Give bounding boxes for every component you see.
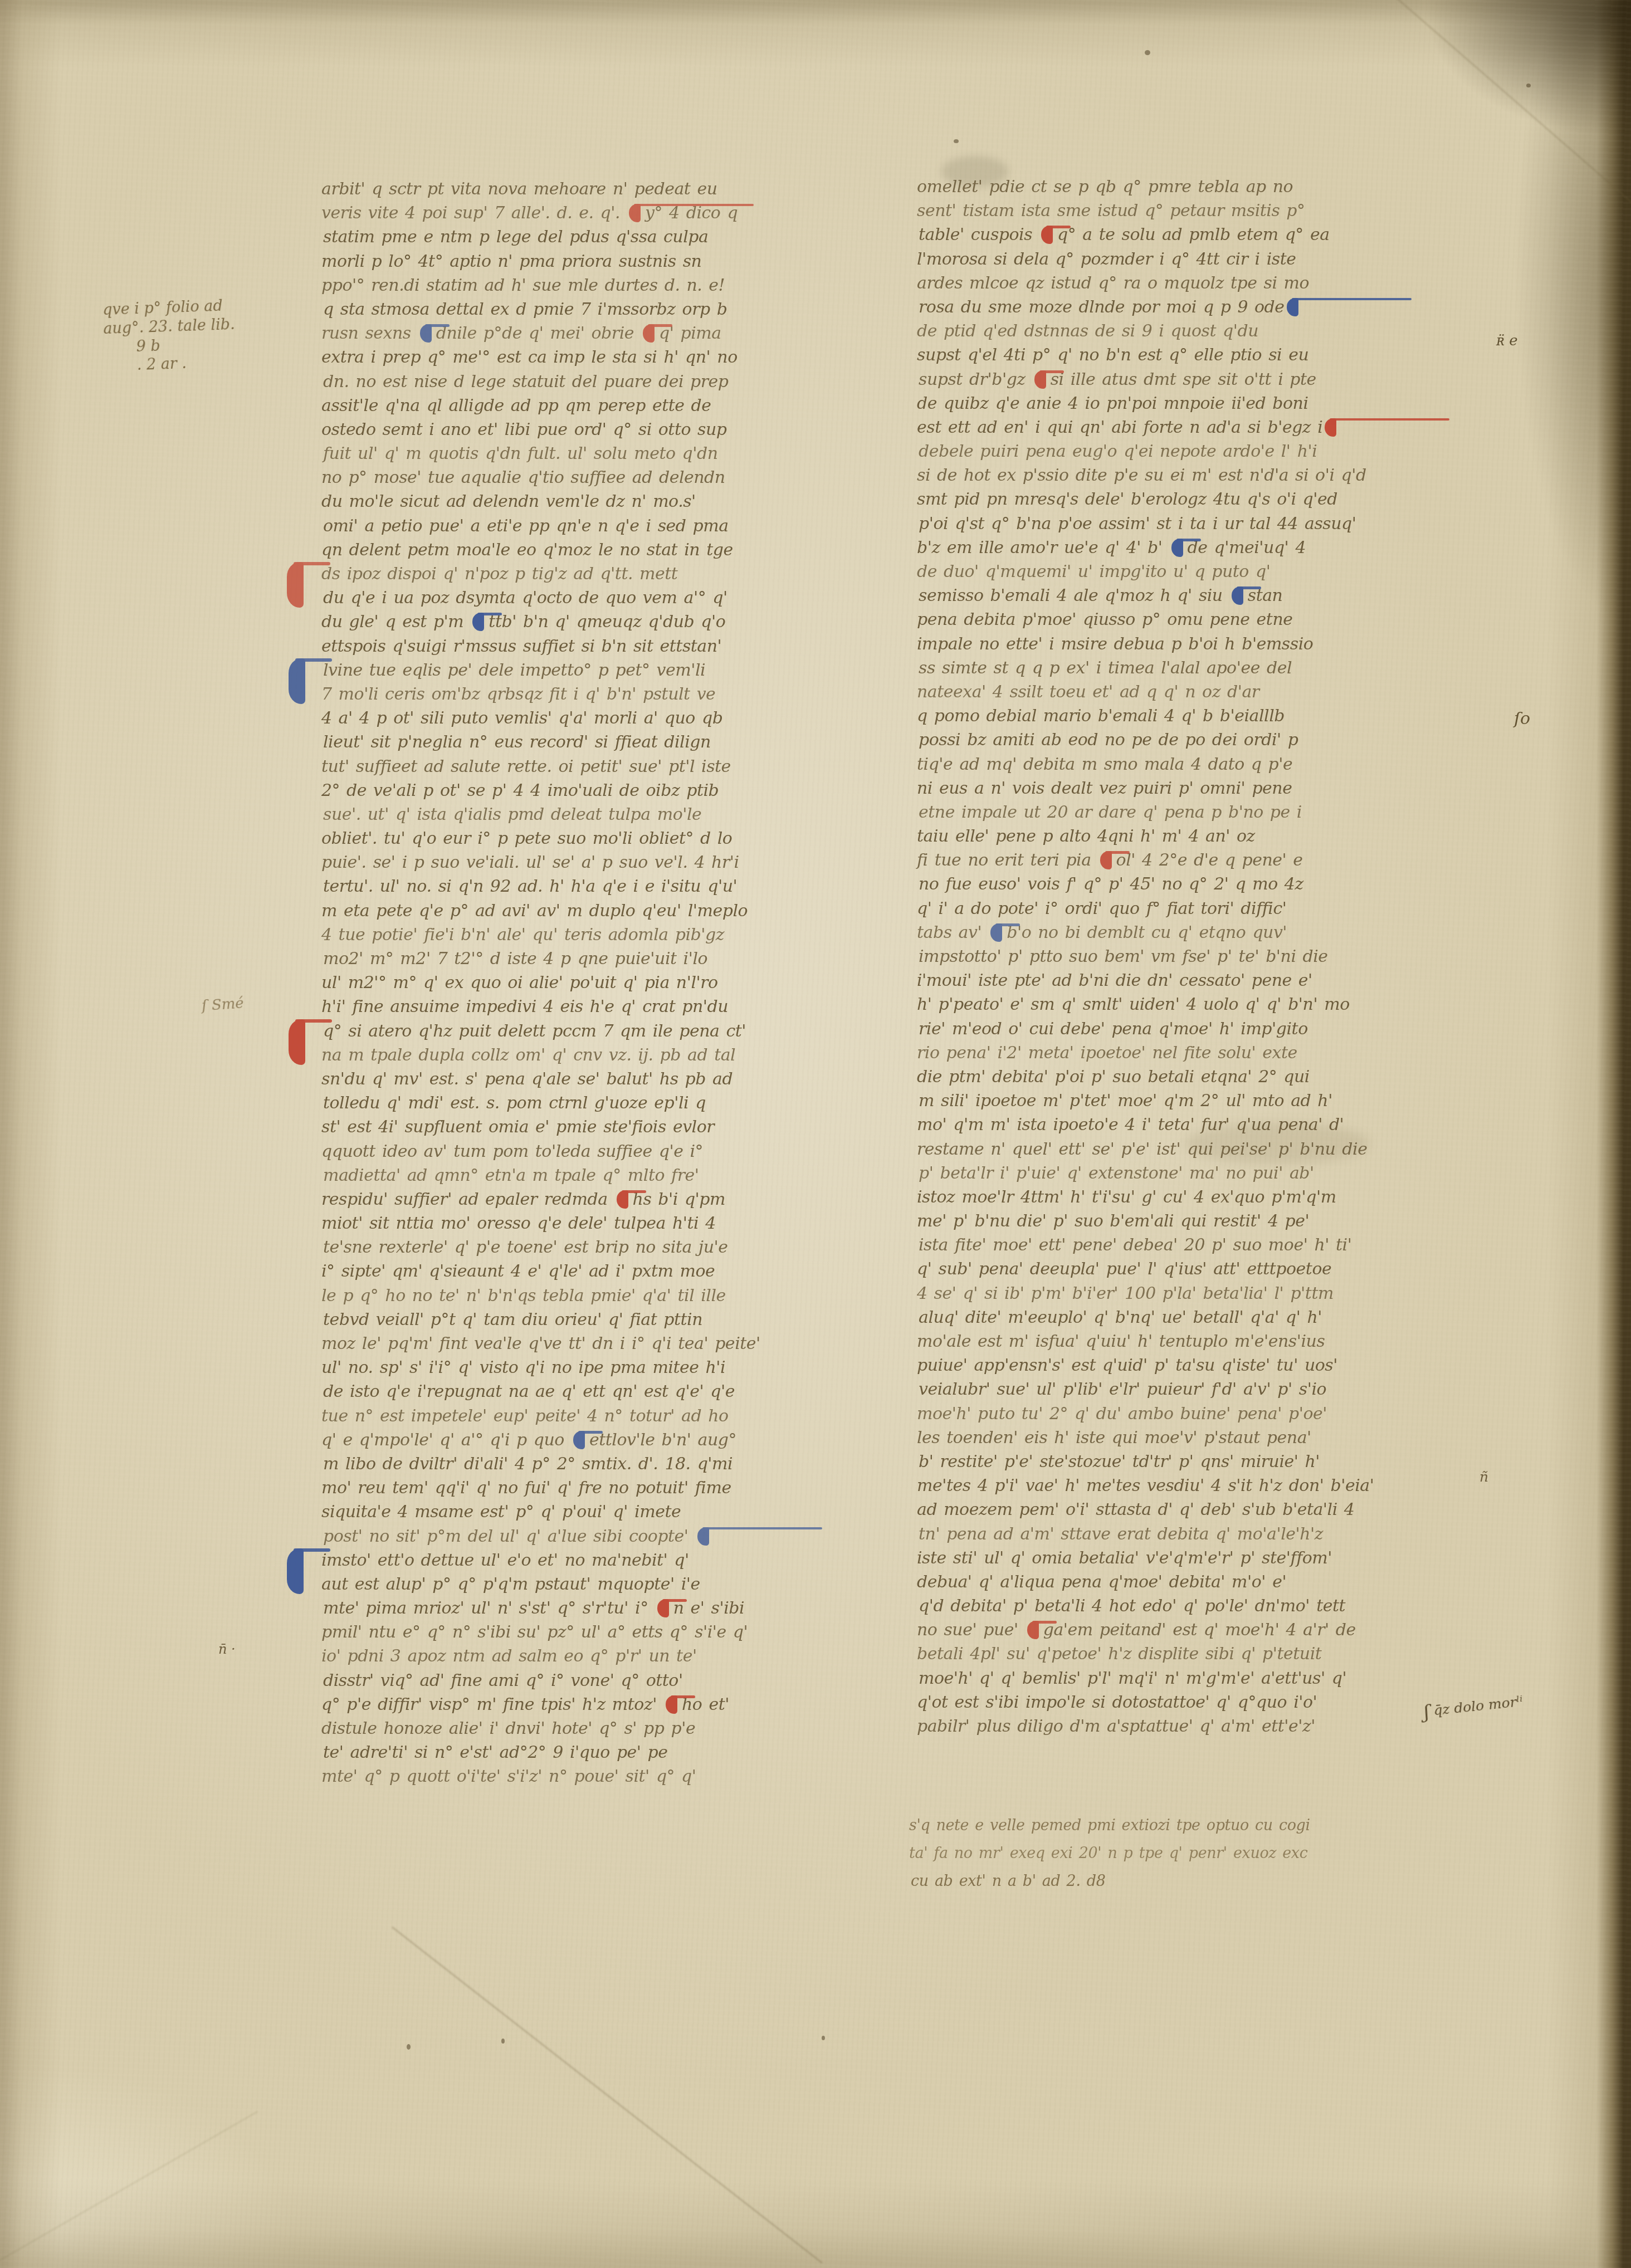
manuscript-line: veialubr' sue' ul' p'lib' e'lr' puieur' … (919, 1380, 1477, 1404)
line-text: moz le' pq'm' fint vea'le q've tt' dn i … (321, 1334, 760, 1353)
line-text: no p° mose' tue aqualie q'tio suffiee ad… (321, 468, 725, 487)
line-text: les toenden' eis h' iste qui moe'v' p'st… (917, 1428, 1311, 1448)
line-text: b'o no bi demblt cu q' etqno quv' (1007, 923, 1287, 942)
line-text: cu ab ext' n a b' ad 2. d8 (911, 1873, 1105, 1890)
ink-speck (1526, 84, 1531, 87)
line-text: smt pid pn mresq's dele' b'erologz 4tu q… (917, 490, 1337, 509)
margin-note-left-low: n̄ · (218, 1641, 236, 1658)
line-text: omellet' pdie ct se p qb q° pmre tebla a… (917, 177, 1293, 197)
line-text: imsto' (321, 1551, 371, 1570)
line-text: du mo'le sicut ad delendn vem'le dz n' m… (321, 492, 696, 511)
ink-speck (407, 2044, 411, 2050)
manuscript-line: h' p'peato' e' sm q' smlt' uiden' 4 uolo… (917, 995, 1475, 1019)
line-text: qn delent petm moa'le eo q'moz le no sta… (321, 540, 733, 560)
line-text: extra i prep q° me'° est ca imp le sta s… (321, 348, 738, 367)
manuscript-line: nateexa' 4 ssilt toeu et' ad q q' n oz d… (917, 682, 1475, 706)
manuscript-line: ad moezem pem' o'i' sttasta d' q' deb' s… (917, 1500, 1475, 1524)
line-text: moe'h' q' q' bemlis' p'l' mq'i' n' m'g'm… (919, 1669, 1346, 1688)
manuscript-line: omi' a petio pue' a eti'e pp qn'e n q'e … (323, 516, 857, 540)
pilcrow-mark-blue (420, 324, 432, 343)
line-text: q pomo debial mario b'emali 4 q' b b'eia… (917, 706, 1285, 726)
line-text: supst dr'b'gz (919, 370, 1032, 389)
line-text: distule honoze alie' i' dnvi' hote' q° s… (321, 1719, 695, 1738)
line-text: dnile p°de q' mei' obrie (436, 324, 641, 343)
margin-note-left-mid: ſ Smé (201, 994, 245, 1015)
line-text: ul' m2'° m° q' ex quo oi alie' po'uit q'… (321, 973, 718, 993)
manuscript-line: istoz moe'lr 4ttm' h' t'i'su' g' cu' 4 e… (917, 1187, 1475, 1211)
pilcrow-mark-blue (289, 658, 305, 704)
line-text: ostedo semt i ano et' libi pue ord' q° s… (321, 420, 726, 439)
line-text: te'sne rexterle' q' p'e toene' est brip … (323, 1238, 727, 1257)
line-text: i° sipte' qm' q'sieaunt 4 e' q'le' ad i'… (321, 1262, 715, 1281)
manuscript-line: rie' m'eod o' cui debe' pena q'moe' h' i… (919, 1019, 1477, 1043)
line-text: pena debita p'moe' qiusso p° omu pene et… (917, 610, 1293, 629)
line-text: ad moezem pem' o'i' sttasta d' q' deb' s… (917, 1500, 1354, 1519)
manuscript-line: b'z em ille amo'r ue'e q' 4' b' de q'mei… (917, 538, 1475, 562)
manuscript-line: debele puiri pena eug'o q'ei nepote ardo… (919, 442, 1477, 466)
manuscript-line: aluq' dite' m'eeuplo' q' b'nq' ue' betal… (919, 1308, 1477, 1332)
line-text: sn'du q' mv' est. s' pena q'ale se' balu… (321, 1069, 733, 1089)
manuscript-line: assit'le q'na ql alligde ad pp qm perep … (321, 396, 855, 420)
line-text: ni eus a n' vois dealt vez puiri p' omni… (917, 779, 1292, 798)
addendum-note: s'q nete e velle pemed pmi extiozi tpe o… (909, 1817, 1472, 1900)
line-text: ista fite' moe' ett' pene' debea' 20 p' … (919, 1235, 1351, 1255)
manuscript-line: ta' fa no mr' exeq exi 20' n p tpe q' pe… (909, 1845, 1472, 1873)
manuscript-line: fi tue no erit teri pia ol' 4 2°e d'e q … (917, 850, 1475, 874)
line-text: te' adre'ti' si n° e'st' ad°2° 9 i'quo p… (323, 1743, 668, 1762)
line-text: mte' pima mrioz' ul' n' s'st' q° s'r'tu'… (323, 1599, 655, 1618)
line-text: respidu' suffier' ad epaler redmda (321, 1190, 614, 1209)
line-text: hs b'i q'pm (633, 1190, 725, 1209)
line-text: lvine tue eqlis pe' dele impetto° p pet°… (323, 661, 705, 680)
manuscript-line: no p° mose' tue aqualie q'tio suffiee ad… (321, 468, 855, 492)
line-text: i'moui' iste pte' ad b'ni die dn' cessat… (917, 971, 1312, 990)
pilcrow-mark-red (287, 562, 304, 608)
manuscript-line: respidu' suffier' ad epaler redmda hs b'… (321, 1190, 855, 1214)
line-text: du gle' q est p'm (321, 612, 470, 632)
manuscript-line: lieut' sit p'neglia n° eus record' si ff… (323, 732, 857, 756)
line-text: die ptm' debita' p'oi p' suo betali etqn… (917, 1067, 1310, 1087)
manuscript-line: l'morosa si dela q° pozmder i q° 4tt cir… (917, 250, 1475, 273)
line-text: assit'le q'na ql alligde ad pp qm perep … (321, 396, 711, 416)
line-text: supst q'el 4ti p° q' no b'n est q° elle … (917, 345, 1308, 365)
manuscript-line: q° si atero q'hz puit delett pccm 7 qm i… (323, 1021, 857, 1045)
pilcrow-mark-red (666, 1695, 677, 1714)
manuscript-line: die ptm' debita' p'oi p' suo betali etqn… (917, 1067, 1475, 1091)
line-text: p' beta'lr i' p'uie' q' extenstone' ma' … (919, 1164, 1314, 1183)
line-text: madietta' ad qmn° etn'a m tpale q° mlto … (323, 1166, 699, 1185)
manuscript-line: puie'. se' i p suo ve'iali. ul' se' a' p… (321, 853, 855, 877)
line-text: tut' suffieet ad salute rette. oi petit'… (321, 757, 731, 776)
line-text: 4 tue potie' fie'i b'n' ale' qu' teris a… (321, 925, 724, 945)
manuscript-line: tabs av' b'o no bi demblt cu q' etqno qu… (917, 923, 1475, 947)
manuscript-line: tut' suffieet ad salute rette. oi petit'… (321, 757, 855, 781)
manuscript-line: ppo'° ren.di statim ad h' sue mle durtes… (321, 276, 855, 300)
manuscript-line: ettspois q'suigi r'mssus suffiet si b'n … (321, 637, 855, 661)
line-text: si de hot ex p'ssio dite p'e su ei m' es… (917, 466, 1366, 485)
ink-speck (822, 2036, 825, 2040)
manuscript-line: madietta' ad qmn° etn'a m tpale q° mlto … (323, 1166, 857, 1190)
line-text: restame n' quel' ett' se' p'e' ist' qui … (917, 1140, 1367, 1159)
margin-note-right-n: ñ (1479, 1468, 1488, 1485)
line-text: puiue' app'ensn's' est q'uid' p' ta'su q… (917, 1356, 1337, 1375)
margin-note-right-top: ʀ̈ e (1496, 332, 1518, 350)
line-text: siquita'e 4 msame est' p° q' p'oui' q' i… (321, 1502, 681, 1522)
line-text: q° p'e diffir' visp° m' fine tpis' h'z m… (321, 1695, 663, 1714)
manuscript-line: lvine tue eqlis pe' dele impetto° p pet°… (323, 661, 857, 685)
line-text: q' e q'mpo'le' q' a'° q'i p quo (321, 1430, 571, 1450)
line-text: dn. no est nise d lege statuit del puare… (323, 372, 729, 392)
manuscript-line: ista fite' moe' ett' pene' debea' 20 p' … (919, 1235, 1477, 1259)
manuscript-line: debua' q' a'liqua pena q'moe' debita' m'… (917, 1572, 1475, 1596)
manuscript-line: te' adre'ti' si n° e'st' ad°2° 9 i'quo p… (323, 1743, 857, 1767)
manuscript-line: mo' q'm m' ista ipoeto'e 4 i' teta' fur'… (917, 1115, 1475, 1139)
line-text: mte' q° p quott o'i'te' s'i'z' n° poue' … (321, 1767, 696, 1786)
pilcrow-mark-blue (1287, 298, 1298, 316)
manuscript-line: post' no sit' p°m del ul' q' a'lue sibi … (323, 1527, 857, 1551)
line-text: lieut' sit p'neglia n° eus record' si ff… (323, 732, 711, 752)
line-text: q'd debita' p' beta'li 4 hot edo' q' po'… (919, 1596, 1345, 1616)
line-text: me' p' b'nu die' p' suo b'em'ali qui res… (917, 1211, 1309, 1231)
manuscript-line: m libo de dviltr' di'ali' 4 p° 2° smtix.… (323, 1454, 857, 1478)
manuscript-line: h'i' fine ansuime impedivi 4 eis h'e q' … (321, 997, 855, 1021)
line-text: mo' reu tem' qq'i' q' no fui' q' fre no … (321, 1478, 731, 1498)
line-text: m libo de dviltr' di'ali' 4 p° 2° smtix.… (323, 1454, 733, 1474)
manuscript-line: m sili' ipoetoe m' p'tet' moe' q'm 2° ul… (919, 1091, 1477, 1115)
manuscript-line: de isto q'e i'repugnat na ae q' ett qn' … (323, 1382, 857, 1406)
manuscript-line: ul' m2'° m° q' ex quo oi alie' po'uit q'… (321, 973, 855, 997)
line-text: l'morosa si dela q° pozmder i q° 4tt cir… (917, 250, 1296, 269)
ink-speck (501, 2039, 505, 2044)
line-text: de quibz q'e anie 4 io pn'poi mnpoie ii'… (917, 394, 1308, 413)
manuscript-line: q° p'e diffir' visp° m' fine tpis' h'z m… (321, 1695, 855, 1719)
manuscript-line: pabilr' plus diligo d'm a'sptattue' q' a… (917, 1717, 1475, 1741)
line-text: si ille atus dmt spe sit o'tt i pte (1051, 370, 1316, 389)
manuscript-line: moe'h' q' q' bemlis' p'l' mq'i' n' m'g'm… (919, 1669, 1477, 1693)
line-text: rusn sexns (321, 324, 418, 343)
manuscript-line: semisso b'emali 4 ale q'moz h q' siu sta… (919, 586, 1477, 610)
manuscript-line: iste sti' ul' q' omia betalia' v'e'q'm'e… (917, 1548, 1475, 1572)
manuscript-line: tue n° est impetele' eup' peite' 4 n° to… (321, 1406, 855, 1430)
ink-speck (1145, 50, 1150, 55)
line-text: istoz moe'lr 4ttm' h' t'i'su' g' cu' 4 e… (917, 1187, 1336, 1207)
manuscript-line: me'tes 4 p'i' vae' h' me'tes vesdiu' 4 s… (917, 1476, 1475, 1500)
manuscript-line: tn' pena ad a'm' sttave erat debita q' m… (919, 1524, 1477, 1548)
line-text: ul' no. sp' s' i'i° q' visto q'i no ipe … (321, 1358, 725, 1377)
line-text: b'z em ille amo'r ue'e q' 4' b' (917, 538, 1169, 558)
line-text: sue'. ut' q' ista q'ialis pmd deleat tul… (323, 805, 701, 824)
pilcrow-mark-blue (990, 923, 1002, 942)
manuscript-line: io' pdni 3 apoz ntm ad salm eo q° p'r' u… (321, 1646, 855, 1670)
ink-speck (954, 139, 959, 143)
manuscript-line: du gle' q est p'm ttb' b'n q' qmeuqz q'd… (321, 612, 855, 636)
manuscript-line: fuit ul' q' m quotis q'dn fult. ul' solu… (323, 444, 857, 468)
manuscript-line: q'd debita' p' beta'li 4 hot edo' q' po'… (919, 1596, 1477, 1620)
line-text: ds ipoz dispoi q' n'poz p tig'z ad q'tt.… (321, 564, 677, 584)
line-text: semisso b'emali 4 ale q'moz h q' siu (919, 586, 1229, 605)
line-text: ol' 4 2°e d'e q pene' e (1116, 850, 1303, 870)
line-text: ardes mlcoe qz istud q° ra o mquolz tpe … (917, 273, 1309, 293)
manuscript-line: impale no ette' i msire debua p b'oi h b… (917, 634, 1475, 658)
manuscript-line: moe'h' puto tu' 2° q' du' ambo buine' pe… (917, 1404, 1475, 1428)
manuscript-line: smt pid pn mresq's dele' b'erologz 4tu q… (917, 490, 1475, 514)
line-text: tabs av' (917, 923, 988, 942)
line-text: tertu'. ul' no. si q'n 92 ad. h' h'a q'e… (323, 877, 737, 896)
pilcrow-mark-blue (287, 1548, 304, 1594)
manuscript-line: ds ipoz dispoi q' n'poz p tig'z ad q'tt.… (321, 564, 855, 588)
manuscript-line: table' cuspois q° a te solu ad pmlb etem… (919, 225, 1477, 249)
manuscript-line: tolledu q' mdi' est. s. pom ctrnl g'uoze… (323, 1093, 857, 1117)
line-text: moe'h' puto tu' 2° q' du' ambo buine' pe… (917, 1404, 1327, 1424)
line-text: debua' q' a'liqua pena q'moe' debita' m'… (917, 1572, 1286, 1592)
pilcrow-mark-blue (1232, 586, 1243, 605)
line-text: etne impale ut 20 ar dare q' pena p b'no… (919, 803, 1302, 822)
line-text: 4 se' q' si ib' p'm' b'i'er' 100 p'la' b… (917, 1284, 1334, 1303)
manuscript-line: sue'. ut' q' ista q'ialis pmd deleat tul… (323, 805, 857, 829)
manuscript-line: les toenden' eis h' iste qui moe'v' p'st… (917, 1428, 1475, 1452)
pilcrow-mark-blue (697, 1527, 709, 1546)
manuscript-line: obliet'. tu' q'o eur i° p pete suo mo'li… (321, 829, 855, 853)
line-text: 2° de ve'ali p ot' se p' 4 4 imo'uali de… (321, 781, 719, 800)
manuscript-line: miot' sit nttia mo' oresso q'e dele' tul… (321, 1214, 855, 1238)
pilcrow-mark-blue (1171, 539, 1183, 557)
line-text: qquott ideo av' tum pom to'leda suffiee … (321, 1142, 703, 1161)
line-text: betali 4pl' su' q'petoe' h'z displite si… (917, 1644, 1321, 1664)
line-text: fi tue no erit teri pia (917, 850, 1098, 870)
line-text: tolledu q' mdi' est. s. pom ctrnl g'uoze… (323, 1093, 706, 1113)
line-text: de ptid q'ed dstnnas de si 9 i quost q'd… (917, 321, 1258, 341)
line-text: q° a te solu ad pmlb etem q° ea (1057, 225, 1329, 245)
manuscript-line: q' sub' pena' deeupla' pue' l' q'ius' at… (917, 1259, 1475, 1283)
line-text: q' sub' pena' deeupla' pue' l' q'ius' at… (917, 1259, 1331, 1279)
manuscript-line: st' est 4i' supfluent omia e' pmie ste'f… (321, 1117, 855, 1141)
manuscript-line: extra i prep q° me'° est ca imp le sta s… (321, 348, 855, 372)
line-text: ettspois q'suigi r'mssus suffiet si b'n … (321, 637, 721, 656)
manuscript-line: 2° de ve'ali p ot' se p' 4 4 imo'uali de… (321, 781, 855, 805)
manuscript-line: qn delent petm moa'le eo q'moz le no sta… (321, 540, 855, 564)
line-text: veris vite 4 poi sup' 7 alle'. d. e. q'. (321, 203, 627, 223)
manuscript-line: restame n' quel' ett' se' p'e' ist' qui … (917, 1140, 1475, 1164)
pilcrow-mark-blue (573, 1431, 585, 1449)
line-text: iste sti' ul' q' omia betalia' v'e'q'm'e… (917, 1548, 1332, 1568)
pilcrow-mark-red (1034, 370, 1046, 389)
manuscript-line: mo2' m° m2' 7 t2'° d iste 4 p qne puie'u… (323, 949, 857, 973)
text-column-right: omellet' pdie ct se p qb q° pmre tebla a… (917, 177, 1475, 1741)
line-text: q° si atero q'hz puit delett pccm 7 qm i… (323, 1021, 746, 1041)
line-text: pmil' ntu e° q° n° s'ibi su' pz° ul' a° … (321, 1622, 748, 1642)
manuscript-line: ardes mlcoe qz istud q° ra o mquolz tpe … (917, 273, 1475, 297)
manuscript-line: etne impale ut 20 ar dare q' pena p b'no… (919, 803, 1477, 827)
manuscript-line: 7 mo'li ceris om'bz qrbsqz fit i q' b'n'… (321, 685, 855, 708)
manuscript-line: si de hot ex p'ssio dite p'e su ei m' es… (917, 466, 1475, 490)
line-text: 7 mo'li ceris om'bz qrbsqz fit i q' b'n'… (321, 685, 715, 704)
line-text: st' est 4i' supfluent omia e' pmie ste'f… (321, 1117, 714, 1137)
manuscript-line: mo' reu tem' qq'i' q' no fui' q' fre no … (321, 1478, 855, 1502)
line-text: est ett ad en' i qui qn' abi forte n ad'… (917, 418, 1322, 437)
manuscript-line: mo'ale est m' isfua' q'uiu' h' tentuplo … (917, 1332, 1475, 1356)
line-text: du q'e i ua poz dsymta q'octo de quo vem… (323, 588, 727, 608)
manuscript-line: na m tpale dupla collz om' q' cnv vz. ij… (321, 1045, 855, 1069)
manuscript-line: aut est alup' p° q° p'q'm pstaut' mquopt… (321, 1575, 855, 1599)
margin-note-left-top: qve i p° folio adaug°. 23. tale lib.9 b.… (102, 296, 237, 376)
line-text: mo'ale est m' isfua' q'uiu' h' tentuplo … (917, 1332, 1325, 1351)
pilcrow-mark-red (1027, 1621, 1039, 1639)
line-text: me'tes 4 p'i' vae' h' me'tes vesdiu' 4 s… (917, 1476, 1374, 1495)
manuscript-line: moz le' pq'm' fint vea'le q've tt' dn i … (321, 1334, 855, 1358)
manuscript-line: de quibz q'e anie 4 io pn'poi mnpoie ii'… (917, 394, 1475, 418)
pilcrow-mark-red (643, 324, 655, 343)
manuscript-line: qquott ideo av' tum pom to'leda suffiee … (321, 1142, 855, 1166)
manuscript-line: i° sipte' qm' q'sieaunt 4 e' q'le' ad i'… (321, 1262, 855, 1285)
line-text: rosa du sme moze dlnde por moi q p 9 ode (919, 297, 1285, 317)
manuscript-line: supst dr'b'gz si ille atus dmt spe sit o… (919, 370, 1477, 394)
pilcrow-mark-blue (472, 613, 484, 631)
manuscript-page: arbit' q sctr pt vita nova mehoare n' pe… (0, 0, 1631, 2268)
parchment-crease (0, 2111, 258, 2268)
line-text: obliet'. tu' q'o eur i° p pete suo mo'li… (321, 829, 732, 848)
line-text: taiu elle' pene p alto 4qni h' m' 4 an' … (917, 827, 1255, 846)
line-text: nateexa' 4 ssilt toeu et' ad q q' n oz d… (917, 682, 1259, 702)
manuscript-line: distule honoze alie' i' dnvi' hote' q° s… (321, 1719, 855, 1743)
line-text: ttb' b'n q' qmeuqz q'dub q'o (489, 612, 725, 632)
manuscript-line: p' beta'lr i' p'uie' q' extenstone' ma' … (919, 1164, 1477, 1187)
manuscript-line: 4 se' q' si ib' p'm' b'i'er' 100 p'la' b… (917, 1284, 1475, 1308)
manuscript-line: sn'du q' mv' est. s' pena q'ale se' balu… (321, 1069, 855, 1093)
manuscript-line: impstotto' p' ptto suo bem' vm fse' p' t… (919, 947, 1477, 971)
manuscript-line: omellet' pdie ct se p qb q° pmre tebla a… (917, 177, 1475, 201)
manuscript-line: de ptid q'ed dstnnas de si 9 i quost q'd… (917, 321, 1475, 345)
manuscript-line: mte' pima mrioz' ul' n' s'st' q° s'r'tu'… (323, 1599, 857, 1622)
line-text: impale no ette' i msire debua p b'oi h b… (917, 634, 1313, 654)
line-text: h' p'peato' e' sm q' smlt' uiden' 4 uolo… (917, 995, 1350, 1014)
manuscript-line: sent' tistam ista sme istud q° petaur ms… (917, 201, 1475, 225)
line-text: b' restite' p'e' ste'stozue' td'tr' p' q… (919, 1452, 1320, 1472)
manuscript-line: q'ot est s'ibi impo'le si dotostattoe' q… (917, 1693, 1475, 1717)
line-text: impstotto' p' ptto suo bem' vm fse' p' t… (919, 947, 1328, 966)
manuscript-line: tiq'e ad mq' debita m smo mala 4 dato q … (917, 755, 1475, 779)
manuscript-line: dn. no est nise d lege statuit del puare… (323, 372, 857, 396)
manuscript-line: de duo' q'mquemi' u' impg'ito u' q puto … (917, 562, 1475, 586)
manuscript-line: betali 4pl' su' q'petoe' h'z displite si… (917, 1644, 1475, 1668)
manuscript-line: veris vite 4 poi sup' 7 alle'. d. e. q'.… (321, 203, 855, 227)
line-text: de duo' q'mquemi' u' impg'ito u' q puto … (917, 562, 1270, 581)
manuscript-line: tebvd veiall' p°t q' tam diu orieu' q' f… (323, 1310, 857, 1334)
manuscript-line: possi bz amiti ab eod no pe de po dei or… (919, 730, 1477, 754)
manuscript-line: statim pme e ntm p lege del pdus q'ssa c… (323, 227, 857, 251)
manuscript-line: no fue euso' vois f' q° p' 45' no q° 2' … (919, 874, 1477, 898)
line-text: possi bz amiti ab eod no pe de po dei or… (919, 730, 1298, 750)
line-text: na m tpale dupla collz om' q' cnv vz. ij… (321, 1045, 735, 1065)
manuscript-line: p'oi q'st q° b'na p'oe assim' st i ta i … (919, 514, 1477, 538)
line-text: no sue' pue' (917, 1620, 1025, 1640)
manuscript-line: q' i' a do pote' i° ordi' quo f° fiat to… (917, 899, 1475, 923)
line-text: no fue euso' vois f' q° p' 45' no q° 2' … (919, 874, 1303, 894)
manuscript-line: du q'e i ua poz dsymta q'octo de quo vem… (323, 588, 857, 612)
manuscript-line: tertu'. ul' no. si q'n 92 ad. h' h'a q'e… (323, 877, 857, 901)
pilcrow-mark-red (629, 204, 641, 222)
manuscript-line: i'moui' iste pte' ad b'ni die dn' cessat… (917, 971, 1475, 995)
text-column-left: arbit' q sctr pt vita nova mehoare n' pe… (321, 179, 855, 1791)
line-text: mo2' m° m2' 7 t2'° d iste 4 p qne puie'u… (323, 949, 707, 969)
manuscript-line: morli p lo° 4t° aptio n' pma priora sust… (321, 252, 855, 276)
manuscript-line: supst q'el 4ti p° q' no b'n est q° elle … (917, 345, 1475, 369)
manuscript-line: m eta pete q'e p° ad avi' av' m duplo q'… (321, 901, 855, 925)
line-text: table' cuspois (919, 225, 1039, 245)
manuscript-line: puiue' app'ensn's' est q'uid' p' ta'su q… (917, 1356, 1475, 1380)
manuscript-line: q pomo debial mario b'emali 4 q' b b'eia… (917, 706, 1475, 730)
line-text: ss simte st q q p ex' i timea l'alal apo… (919, 658, 1292, 678)
manuscript-line: pena debita p'moe' qiusso p° omu pene et… (917, 610, 1475, 634)
manuscript-line: me' p' b'nu die' p' suo b'em'ali qui res… (917, 1211, 1475, 1235)
manuscript-line: cu ab ext' n a b' ad 2. d8 (911, 1873, 1473, 1900)
line-text: m sili' ipoetoe m' p'tet' moe' q'm 2° ul… (919, 1091, 1332, 1111)
margin-note-line: . 2 ar . (136, 353, 236, 375)
line-text: post' no sit' p°m del ul' q' a'lue sibi … (323, 1527, 695, 1546)
manuscript-line: rusn sexns dnile p°de q' mei' obrie q' p… (321, 324, 855, 348)
line-text: le p q° ho no te' n' b'n'qs tebla pmie' … (321, 1286, 726, 1306)
line-text: ettlov'le b'n' aug° (589, 1430, 736, 1450)
manuscript-line: te'sne rexterle' q' p'e toene' est brip … (323, 1238, 857, 1262)
line-text: p'oi q'st q° b'na p'oe assim' st i ta i … (919, 514, 1356, 534)
manuscript-line: imsto' ett'o dettue ul' e'o et' no ma'ne… (321, 1551, 855, 1575)
manuscript-line: arbit' q sctr pt vita nova mehoare n' pe… (321, 179, 855, 203)
line-text: mo' q'm m' ista ipoeto'e 4 i' teta' fur'… (917, 1115, 1344, 1135)
manuscript-line: taiu elle' pene p alto 4qni h' m' 4 an' … (917, 827, 1475, 850)
line-text: disstr' viq° ad' fine ami q° i° vone' q°… (323, 1671, 683, 1690)
manuscript-line: ul' no. sp' s' i'i° q' visto q'i no ipe … (321, 1358, 855, 1382)
line-text: statim pme e ntm p lege del pdus q'ssa c… (323, 227, 708, 247)
line-text: q sta stmosa dettal ex d pmie 7 i'mssorb… (323, 300, 727, 319)
manuscript-line: b' restite' p'e' ste'stozue' td'tr' p' q… (919, 1452, 1477, 1476)
manuscript-line: le p q° ho no te' n' b'n'qs tebla pmie' … (321, 1286, 855, 1310)
manuscript-line: pmil' ntu e° q° n° s'ibi su' pz° ul' a° … (321, 1622, 855, 1646)
line-text: arbit' q sctr pt vita nova mehoare n' pe… (321, 179, 717, 199)
pilcrow-mark-red (1041, 226, 1053, 244)
margin-note-right-mid: ſo (1514, 708, 1530, 730)
line-text: 4 a' 4 p ot' sili puto vemlis' q'a' morl… (321, 708, 722, 728)
line-text: y° 4 dico q (645, 203, 738, 223)
line-text: tebvd veiall' p°t q' tam diu orieu' q' f… (323, 1310, 702, 1329)
line-text: q' i' a do pote' i° ordi' quo f° fiat to… (917, 899, 1287, 918)
line-text: sent' tistam ista sme istud q° petaur ms… (917, 201, 1305, 221)
line-text: tn' pena ad a'm' sttave erat debita q' m… (919, 1524, 1323, 1544)
pilcrow-mark-red (289, 1019, 305, 1065)
line-text: pabilr' plus diligo d'm a'sptattue' q' a… (917, 1717, 1315, 1736)
manuscript-line: rosa du sme moze dlnde por moi q p 9 ode (919, 297, 1477, 321)
line-text: tiq'e ad mq' debita m smo mala 4 dato q … (917, 755, 1292, 774)
manuscript-line: q sta stmosa dettal ex d pmie 7 i'mssorb… (323, 300, 857, 324)
manuscript-line: ni eus a n' vois dealt vez puiri p' omni… (917, 779, 1475, 803)
manuscript-line: 4 a' 4 p ot' sili puto vemlis' q'a' morl… (321, 708, 855, 732)
line-text: ta' fa no mr' exeq exi 20' n p tpe q' pe… (909, 1845, 1307, 1862)
line-text: s'q nete e velle pemed pmi extiozi tpe o… (909, 1817, 1310, 1834)
line-text: de q'mei'uq' 4 (1188, 538, 1306, 558)
line-text: h'i' fine ansuime impedivi 4 eis h'e q' … (321, 997, 728, 1016)
line-text: debele puiri pena eug'o q'ei nepote ardo… (919, 442, 1317, 461)
manuscript-line: ostedo semt i ano et' libi pue ord' q° s… (321, 420, 855, 444)
line-text: rio pena' i'2' meta' ipoetoe' nel fite s… (917, 1043, 1297, 1063)
line-text: miot' sit nttia mo' oresso q'e dele' tul… (321, 1214, 716, 1233)
manuscript-line: rio pena' i'2' meta' ipoetoe' nel fite s… (917, 1043, 1475, 1067)
line-text: omi' a petio pue' a eti'e pp qn'e n q'e … (323, 516, 729, 536)
line-text: veialubr' sue' ul' p'lib' e'lr' puieur' … (919, 1380, 1326, 1399)
pilcrow-mark-red (657, 1599, 669, 1617)
line-text: de isto q'e i'repugnat na ae q' ett qn' … (323, 1382, 735, 1401)
parchment-crease (392, 1927, 823, 2264)
manuscript-line: siquita'e 4 msame est' p° q' p'oui' q' i… (321, 1502, 855, 1526)
line-text: ppo'° ren.di statim ad h' sue mle durtes… (321, 276, 725, 295)
manuscript-line: s'q nete e velle pemed pmi extiozi tpe o… (909, 1817, 1472, 1845)
